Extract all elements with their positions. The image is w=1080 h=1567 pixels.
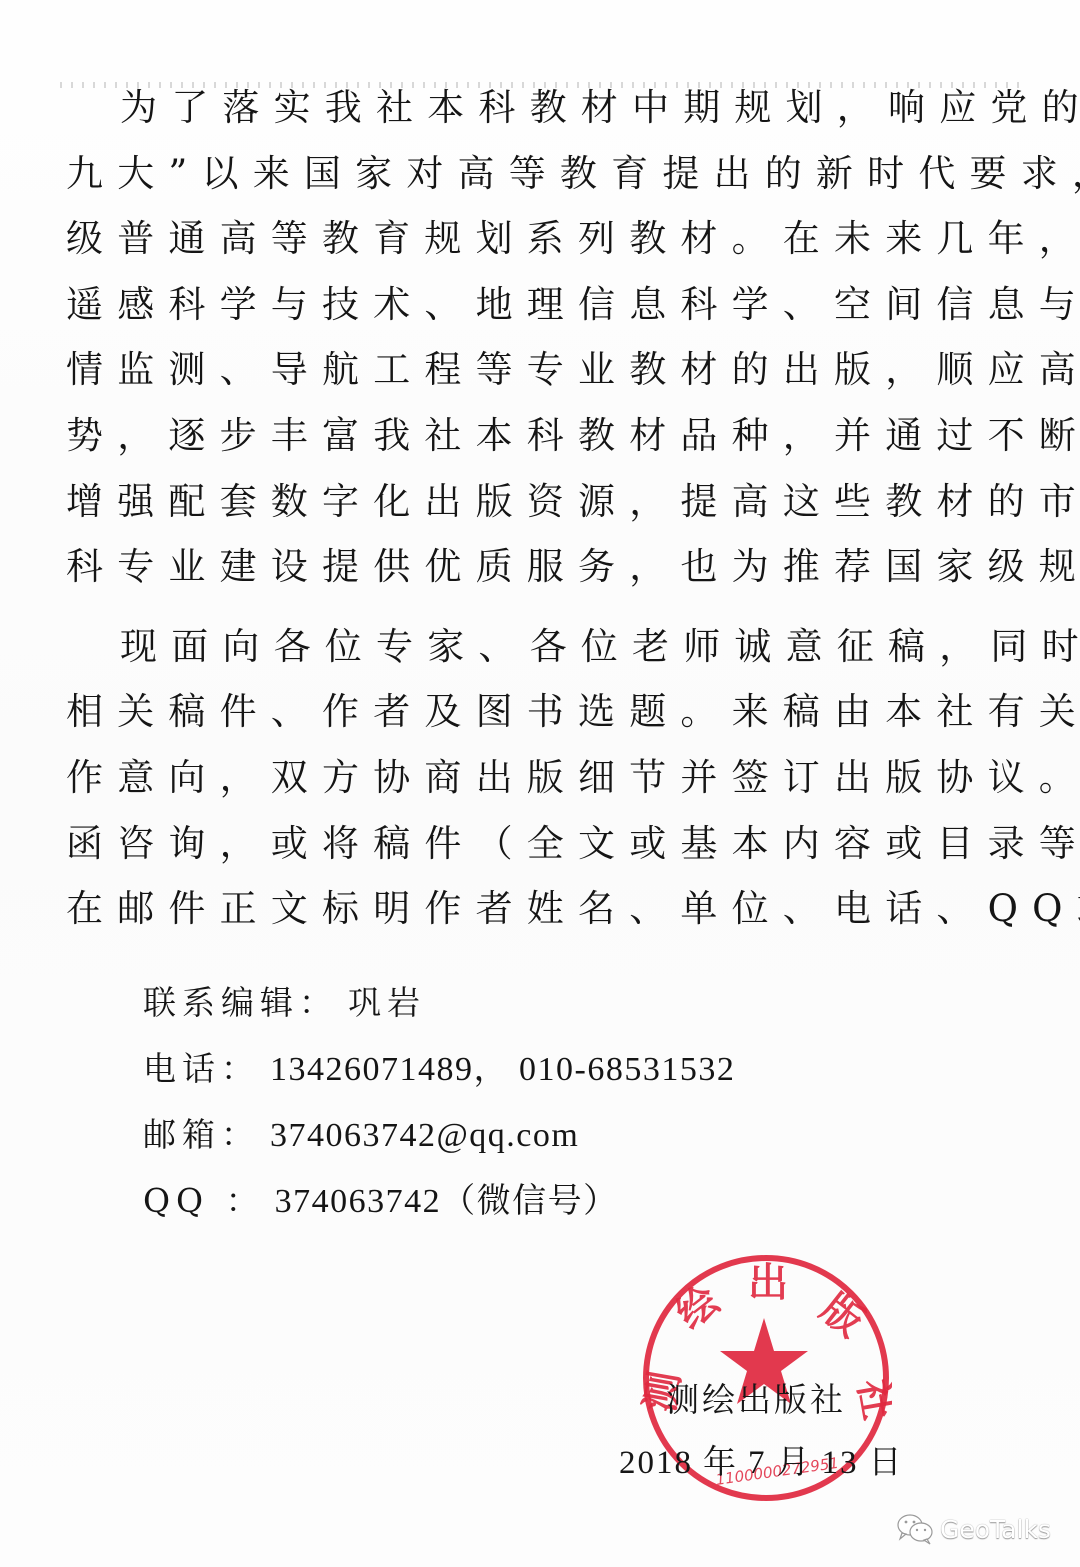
text-line: 作意向，双方协商出版细节并签订出版协议。欢迎有意者来电来 (66, 753, 1001, 819)
publisher-signature: 测绘出版社 (666, 1374, 846, 1421)
text-line: 遥感科学与技术、地理信息科学、空间信息与数字技术、地理国 (66, 280, 1001, 346)
scanned-document-page: 为了落实我社本科教材中期规划，响应党的“十八大”“十 九大”以来国家对高等教育提… (0, 0, 1080, 1567)
date-year-unit: 年 (703, 1445, 738, 1481)
text-line: 情监测、导航工程等专业教材的出版，顺应高等教育新时代新形 (66, 345, 1001, 411)
seal-char: 版 (812, 1285, 872, 1346)
email-value: 374063742@qq.com (270, 1117, 579, 1154)
seal-char: 绘 (668, 1277, 728, 1338)
wechat-watermark: GeoTalks (896, 1509, 1051, 1549)
qq-label: QQ ： (143, 1181, 265, 1220)
wechat-icon (896, 1513, 934, 1545)
paragraph-plan: 为了落实我社本科教材中期规划，响应党的“十八大”“十 九大”以来国家对高等教育提… (66, 83, 1001, 608)
date-day-unit: 日 (869, 1445, 904, 1481)
text-line: 增强配套数字化出版资源，提高这些教材的市场使用率，为各学 (66, 477, 1001, 543)
date-month: 7 (748, 1445, 767, 1481)
contact-editor-row: 联系编辑：巩岩 (143, 980, 735, 1046)
date-year: 2018 (619, 1445, 693, 1481)
text-line: 势，逐步丰富我社本科教材品种，并通过不断重印和修订再版， (66, 411, 1001, 477)
contact-email-row: 邮箱：374063742@qq.com (143, 1112, 735, 1178)
paragraph-call-for-manuscripts: 现面向各位专家、各位老师诚意征稿，同时欢迎向我社推荐 相关稿件、作者及图书选题。… (66, 622, 1001, 950)
text-line: 为了落实我社本科教材中期规划，响应党的“十八大”“十 (66, 83, 1001, 149)
paragraph-spacer (66, 608, 1001, 622)
watermark-label: GeoTalks (940, 1515, 1051, 1544)
qq-value: 374063742（微信号） (275, 1183, 619, 1220)
editor-name: 巩岩 (348, 983, 426, 1022)
text-line: 九大”以来国家对高等教育提出的新时代要求，我社计划出版社 (66, 149, 1001, 215)
email-label: 邮箱： (143, 1115, 260, 1154)
letter-body: 为了落实我社本科教材中期规划，响应党的“十八大”“十 九大”以来国家对高等教育提… (66, 83, 1001, 950)
text-line: 函咨询，或将稿件（全文或基本内容或目录等）发至邮箱，并请 (66, 819, 1001, 885)
text-line: 科专业建设提供优质服务，也为推荐国家级规划教材储备遴选品种。 (66, 542, 1001, 608)
seal-char: 出 (748, 1260, 788, 1306)
seal-char: 社 (849, 1376, 892, 1423)
editor-label: 联系编辑： (143, 983, 338, 1022)
phone-value: 13426071489， 010-68531532 (270, 1051, 735, 1088)
text-line: 在邮件正文标明作者姓名、单位、电话、QQ或微信号等。 (66, 884, 1001, 950)
text-line: 级普通高等教育规划系列教材。在未来几年，预期通过测绘工程、 (66, 214, 1001, 280)
contact-qq-row: QQ ：374063742（微信号） (143, 1178, 735, 1244)
contact-phone-row: 电话：13426071489， 010-68531532 (143, 1046, 735, 1112)
text-line: 现面向各位专家、各位老师诚意征稿，同时欢迎向我社推荐 (66, 622, 1001, 688)
phone-label: 电话： (143, 1049, 260, 1088)
letter-date: 2018年7月13日 (619, 1436, 904, 1483)
contact-block: 联系编辑：巩岩 电话：13426071489， 010-68531532 邮箱：… (143, 980, 735, 1244)
date-month-unit: 月 (777, 1445, 812, 1481)
date-day: 13 (822, 1445, 859, 1481)
text-line: 相关稿件、作者及图书选题。来稿由本社有关专家审核，若有合 (66, 687, 1001, 753)
